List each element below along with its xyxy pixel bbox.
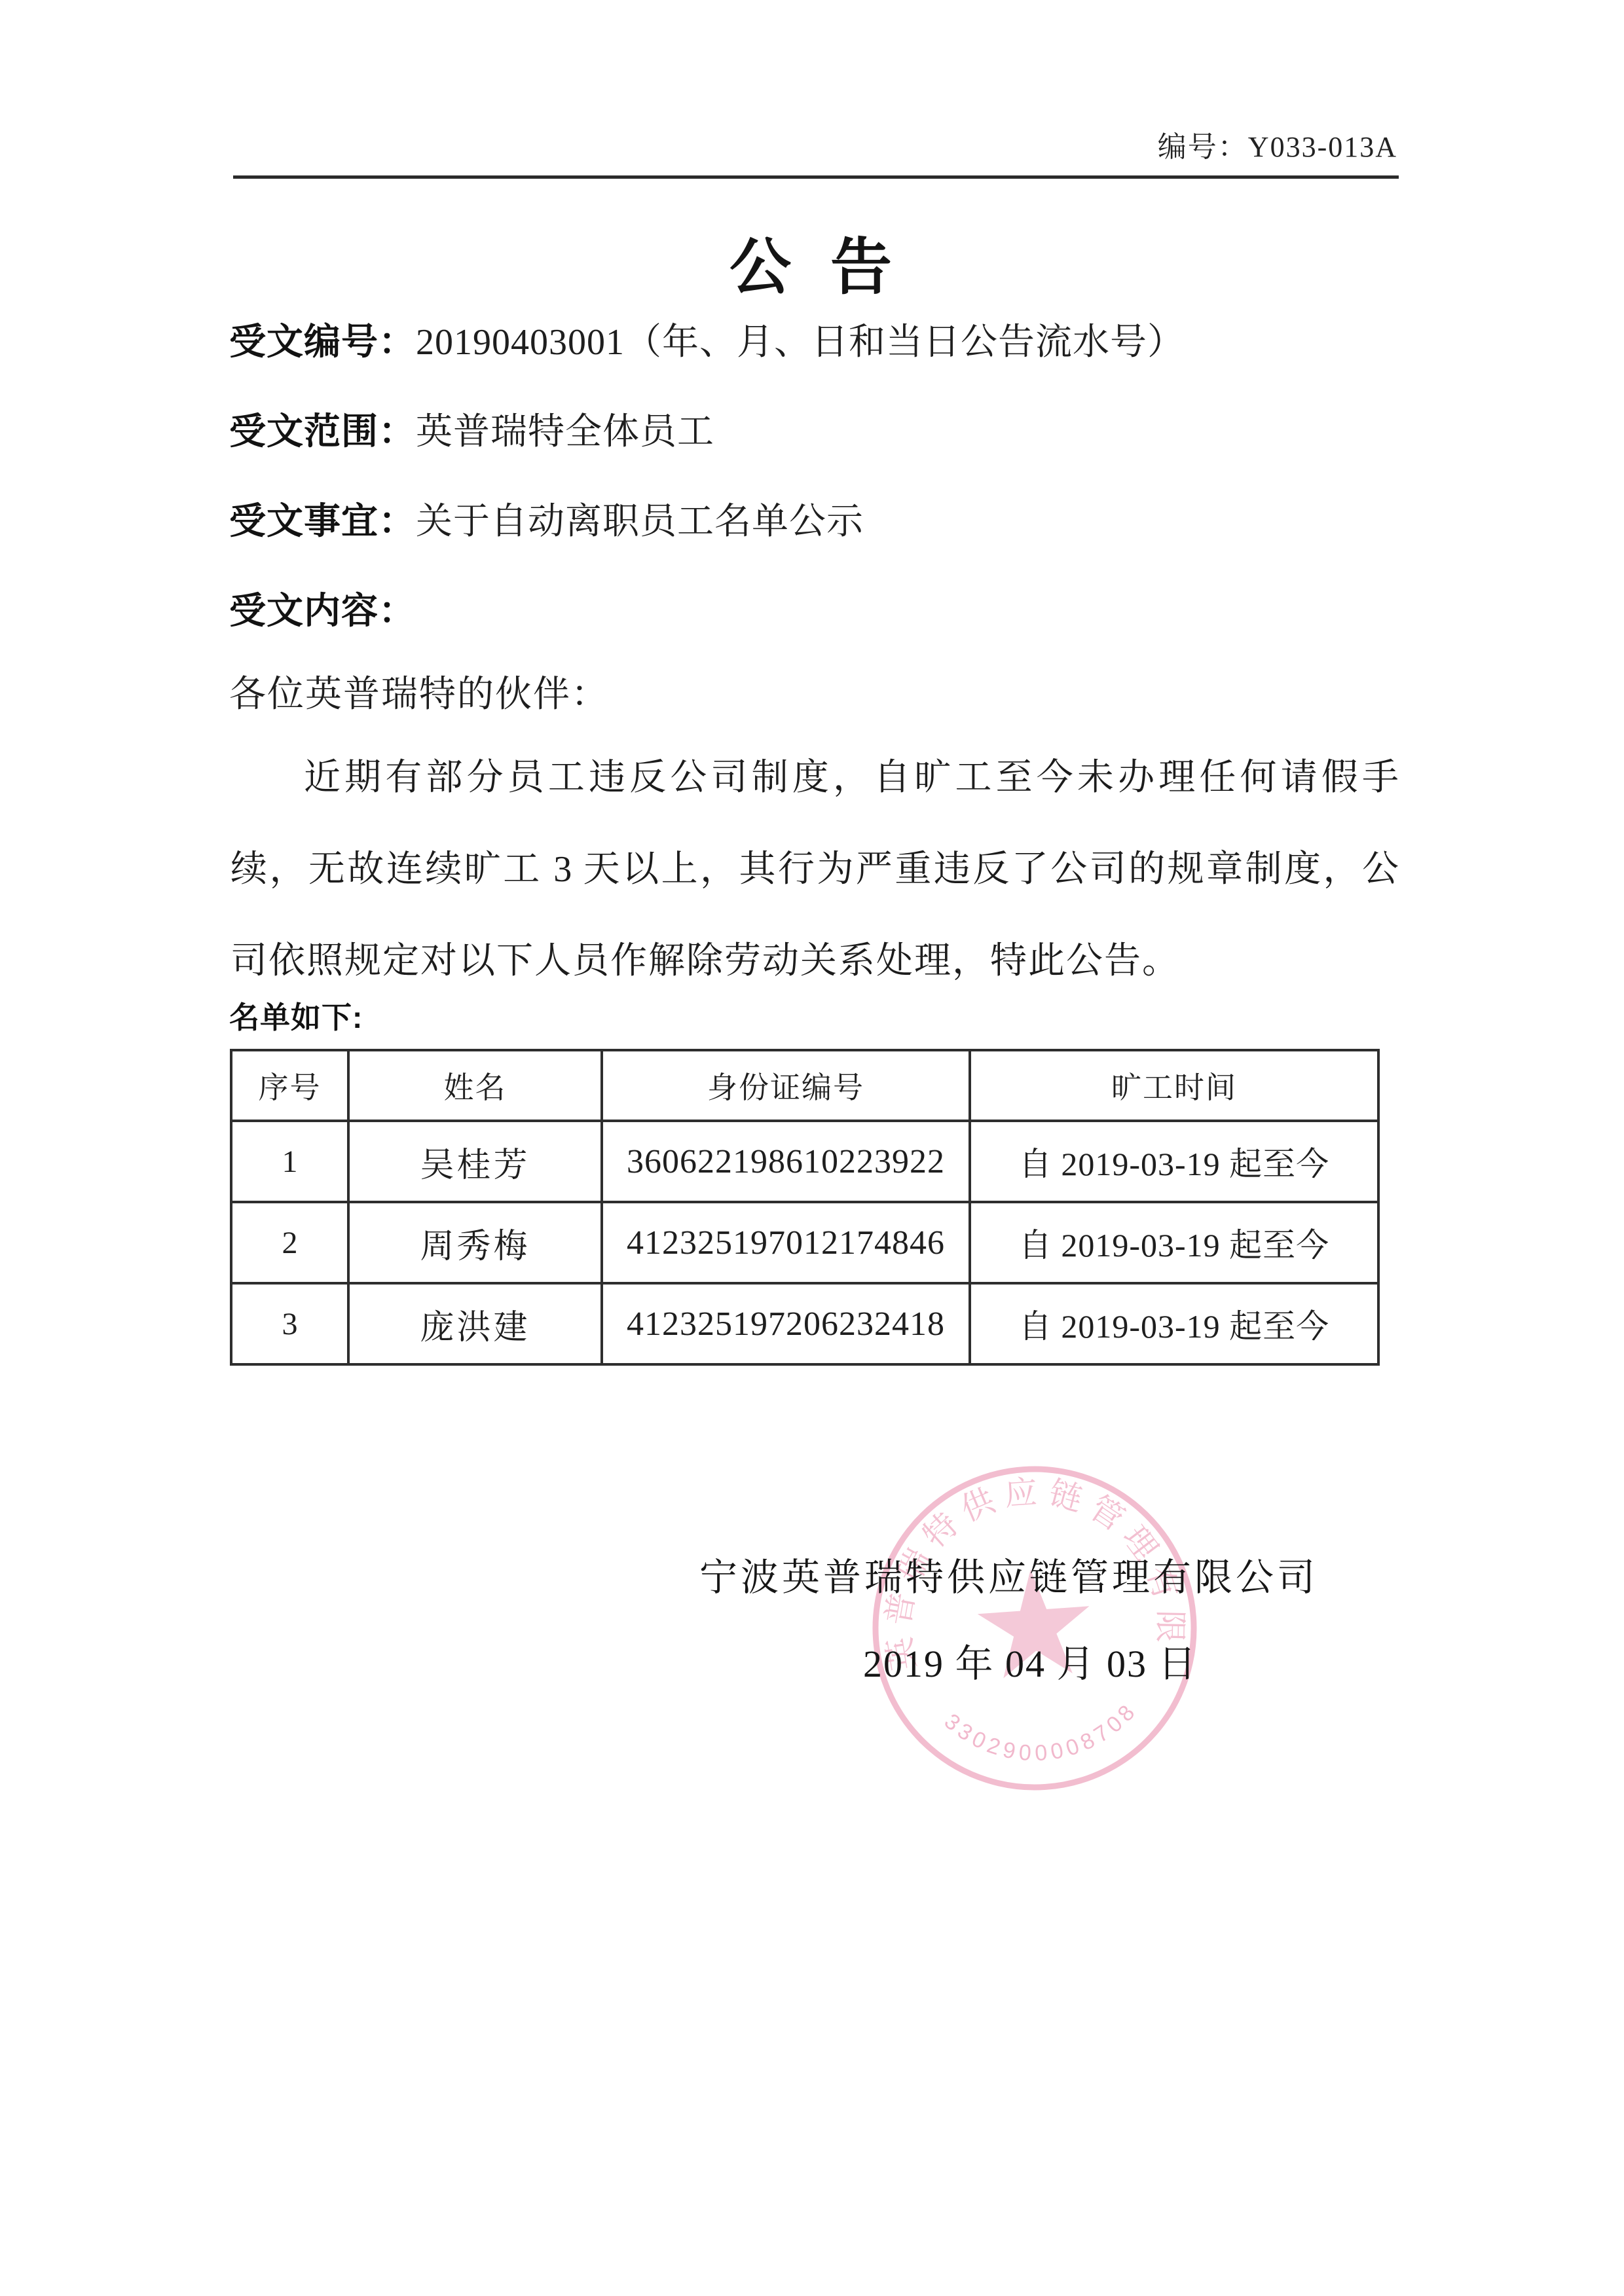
cell-id: 360622198610223922 [602, 1121, 970, 1202]
cell-name: 周秀梅 [348, 1202, 602, 1283]
cell-name: 庞洪建 [348, 1283, 602, 1364]
cell-absence: 自 2019-03-19 起至今 [970, 1202, 1378, 1283]
paragraph-line-3: 司依照规定对以下人员作解除劳动关系处理，特此公告。 [231, 936, 1399, 986]
salutation: 各位英普瑞特的伙伴： [229, 665, 609, 718]
list-intro: 名单如下: [229, 994, 363, 1037]
doc-number: 编号：Y033-013A [1158, 123, 1397, 165]
table-row: 3 庞洪建 412325197206232418 自 2019-03-19 起至… [231, 1283, 1378, 1364]
cell-id: 412325197012174846 [602, 1202, 970, 1283]
absence-table: 序号 姓名 身份证编号 旷工时间 1 吴桂芳 36062219861022392… [230, 1049, 1380, 1366]
field-subject-label: 受文事宜： [229, 500, 416, 541]
table-header-row: 序号 姓名 身份证编号 旷工时间 [231, 1050, 1378, 1121]
table-row: 2 周秀梅 412325197012174846 自 2019-03-19 起至… [231, 1202, 1378, 1283]
field-content-label: 受文内容： [229, 590, 416, 631]
field-doc-id-value: 20190403001（年、月、日和当日公告流水号） [416, 322, 1185, 363]
cell-index: 1 [231, 1121, 348, 1202]
field-scope-value: 英普瑞特全体员工 [416, 412, 714, 452]
cell-absence: 自 2019-03-19 起至今 [970, 1121, 1378, 1202]
announcement-document: 编号：Y033-013A 公 告 受文编号：20190403001（年、月、日和… [0, 0, 1624, 2296]
field-doc-id-label: 受文编号： [229, 321, 416, 362]
field-subject: 受文事宜：关于自动离职员工名单公示 [229, 498, 864, 545]
signature-date: 2019 年 04 月 03 日 [863, 1633, 1198, 1688]
cell-name: 吴桂芳 [348, 1121, 602, 1202]
field-subject-value: 关于自动离职员工名单公示 [416, 501, 864, 542]
page-title: 公 告 [0, 217, 1624, 306]
seal-outer-ring [865, 1459, 1205, 1798]
cell-id: 412325197206232418 [602, 1283, 970, 1364]
cell-absence: 自 2019-03-19 起至今 [970, 1283, 1378, 1364]
field-doc-id: 受文编号：20190403001（年、月、日和当日公告流水号） [229, 318, 1185, 366]
header-cell-absence: 旷工时间 [970, 1050, 1378, 1121]
field-scope-label: 受文范围： [229, 410, 416, 452]
signature-company: 宁波英普瑞特供应链管理有限公司 [699, 1546, 1318, 1601]
header-cell-name: 姓名 [348, 1050, 602, 1121]
header-cell-index: 序号 [231, 1050, 348, 1121]
field-scope: 受文范围：英普瑞特全体员工 [229, 408, 714, 456]
cell-index: 2 [231, 1202, 348, 1283]
paragraph-line-2: 续，无故连续旷工 3 天以上，其行为严重违反了公司的规章制度，公 [231, 845, 1399, 894]
header-rule [233, 175, 1399, 179]
header-cell-id: 身份证编号 [602, 1050, 970, 1121]
field-content: 受文内容： [229, 587, 416, 635]
table-row: 1 吴桂芳 360622198610223922 自 2019-03-19 起至… [231, 1121, 1378, 1202]
seal-serial-number: 3302900008708 [938, 1696, 1146, 1772]
cell-index: 3 [231, 1283, 348, 1364]
paragraph-line-1: 近期有部分员工违反公司制度，自旷工至今未办理任何请假手 [231, 753, 1399, 803]
